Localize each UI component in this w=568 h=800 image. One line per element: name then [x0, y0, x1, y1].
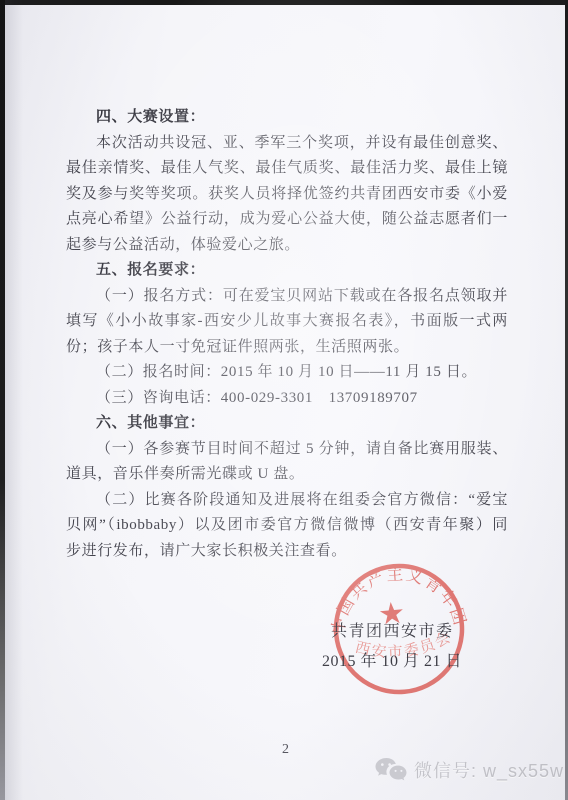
wechat-icon	[374, 756, 408, 784]
scan-edge-top	[0, 0, 568, 5]
doc-line: 最佳亲情奖、最佳人气奖、最佳气质奖、最佳活力奖、最佳上镜	[66, 156, 508, 182]
signature-date: 2015 年 10 月 21 日	[322, 648, 462, 671]
doc-line: 本次活动共设冠、亚、季军三个奖项，并设有最佳创意奖、	[66, 131, 508, 157]
doc-line: 点亮心希望》公益行动，成为爱心公益大使，随公益志愿者们一	[66, 207, 508, 233]
doc-line: （二）比赛各阶段通知及进展将在组委会官方微信：“爱宝	[66, 488, 508, 514]
scanned-document-page: 四、大赛设置： 本次活动共设冠、亚、季军三个奖项，并设有最佳创意奖、 最佳亲情奖…	[0, 0, 568, 800]
doc-line: 份；孩子本人一寸免冠证件照两张，生活照两张。	[66, 335, 508, 361]
paper-edge-shadow	[5, 0, 23, 800]
doc-line: 贝网”（ibobbaby）以及团市委官方微信微博（西安青年聚）同	[66, 513, 508, 539]
doc-line: 道具，音乐伴奏所需光碟或 U 盘。	[66, 462, 508, 488]
watermark-text: 微信号: w_sx55w	[414, 757, 564, 783]
section-heading: 六、其他事宜：	[66, 411, 508, 437]
document-body: 四、大赛设置： 本次活动共设冠、亚、季军三个奖项，并设有最佳创意奖、 最佳亲情奖…	[66, 105, 508, 564]
doc-line: 奖及参与奖等奖项。获奖人员将择优签约共青团西安市委《小爱	[66, 182, 508, 208]
doc-line: （三）咨询电话：400-029-3301 13709189707	[66, 386, 508, 412]
signature-org: 共青团西安市委	[331, 618, 454, 641]
doc-line: （一）报名方式：可在爱宝贝网站下载或在各报名点领取并	[66, 284, 508, 310]
doc-line: 步进行发布，请广大家长积极关注查看。	[66, 539, 508, 565]
section-heading: 四、大赛设置：	[66, 105, 508, 131]
doc-line: 填写《小小故事家-西安少儿故事大赛报名表》，书面版一式两	[66, 309, 508, 335]
doc-line: 起参与公益活动，体验爱心之旅。	[66, 233, 508, 259]
page-number: 2	[282, 742, 289, 758]
doc-line: （二）报名时间：2015 年 10 月 10 日——11 月 15 日。	[66, 360, 508, 386]
doc-line: （一）各参赛节目时间不超过 5 分钟，请自备比赛用服装、	[66, 437, 508, 463]
wechat-watermark: 微信号: w_sx55w	[374, 756, 564, 784]
section-heading: 五、报名要求：	[66, 258, 508, 284]
